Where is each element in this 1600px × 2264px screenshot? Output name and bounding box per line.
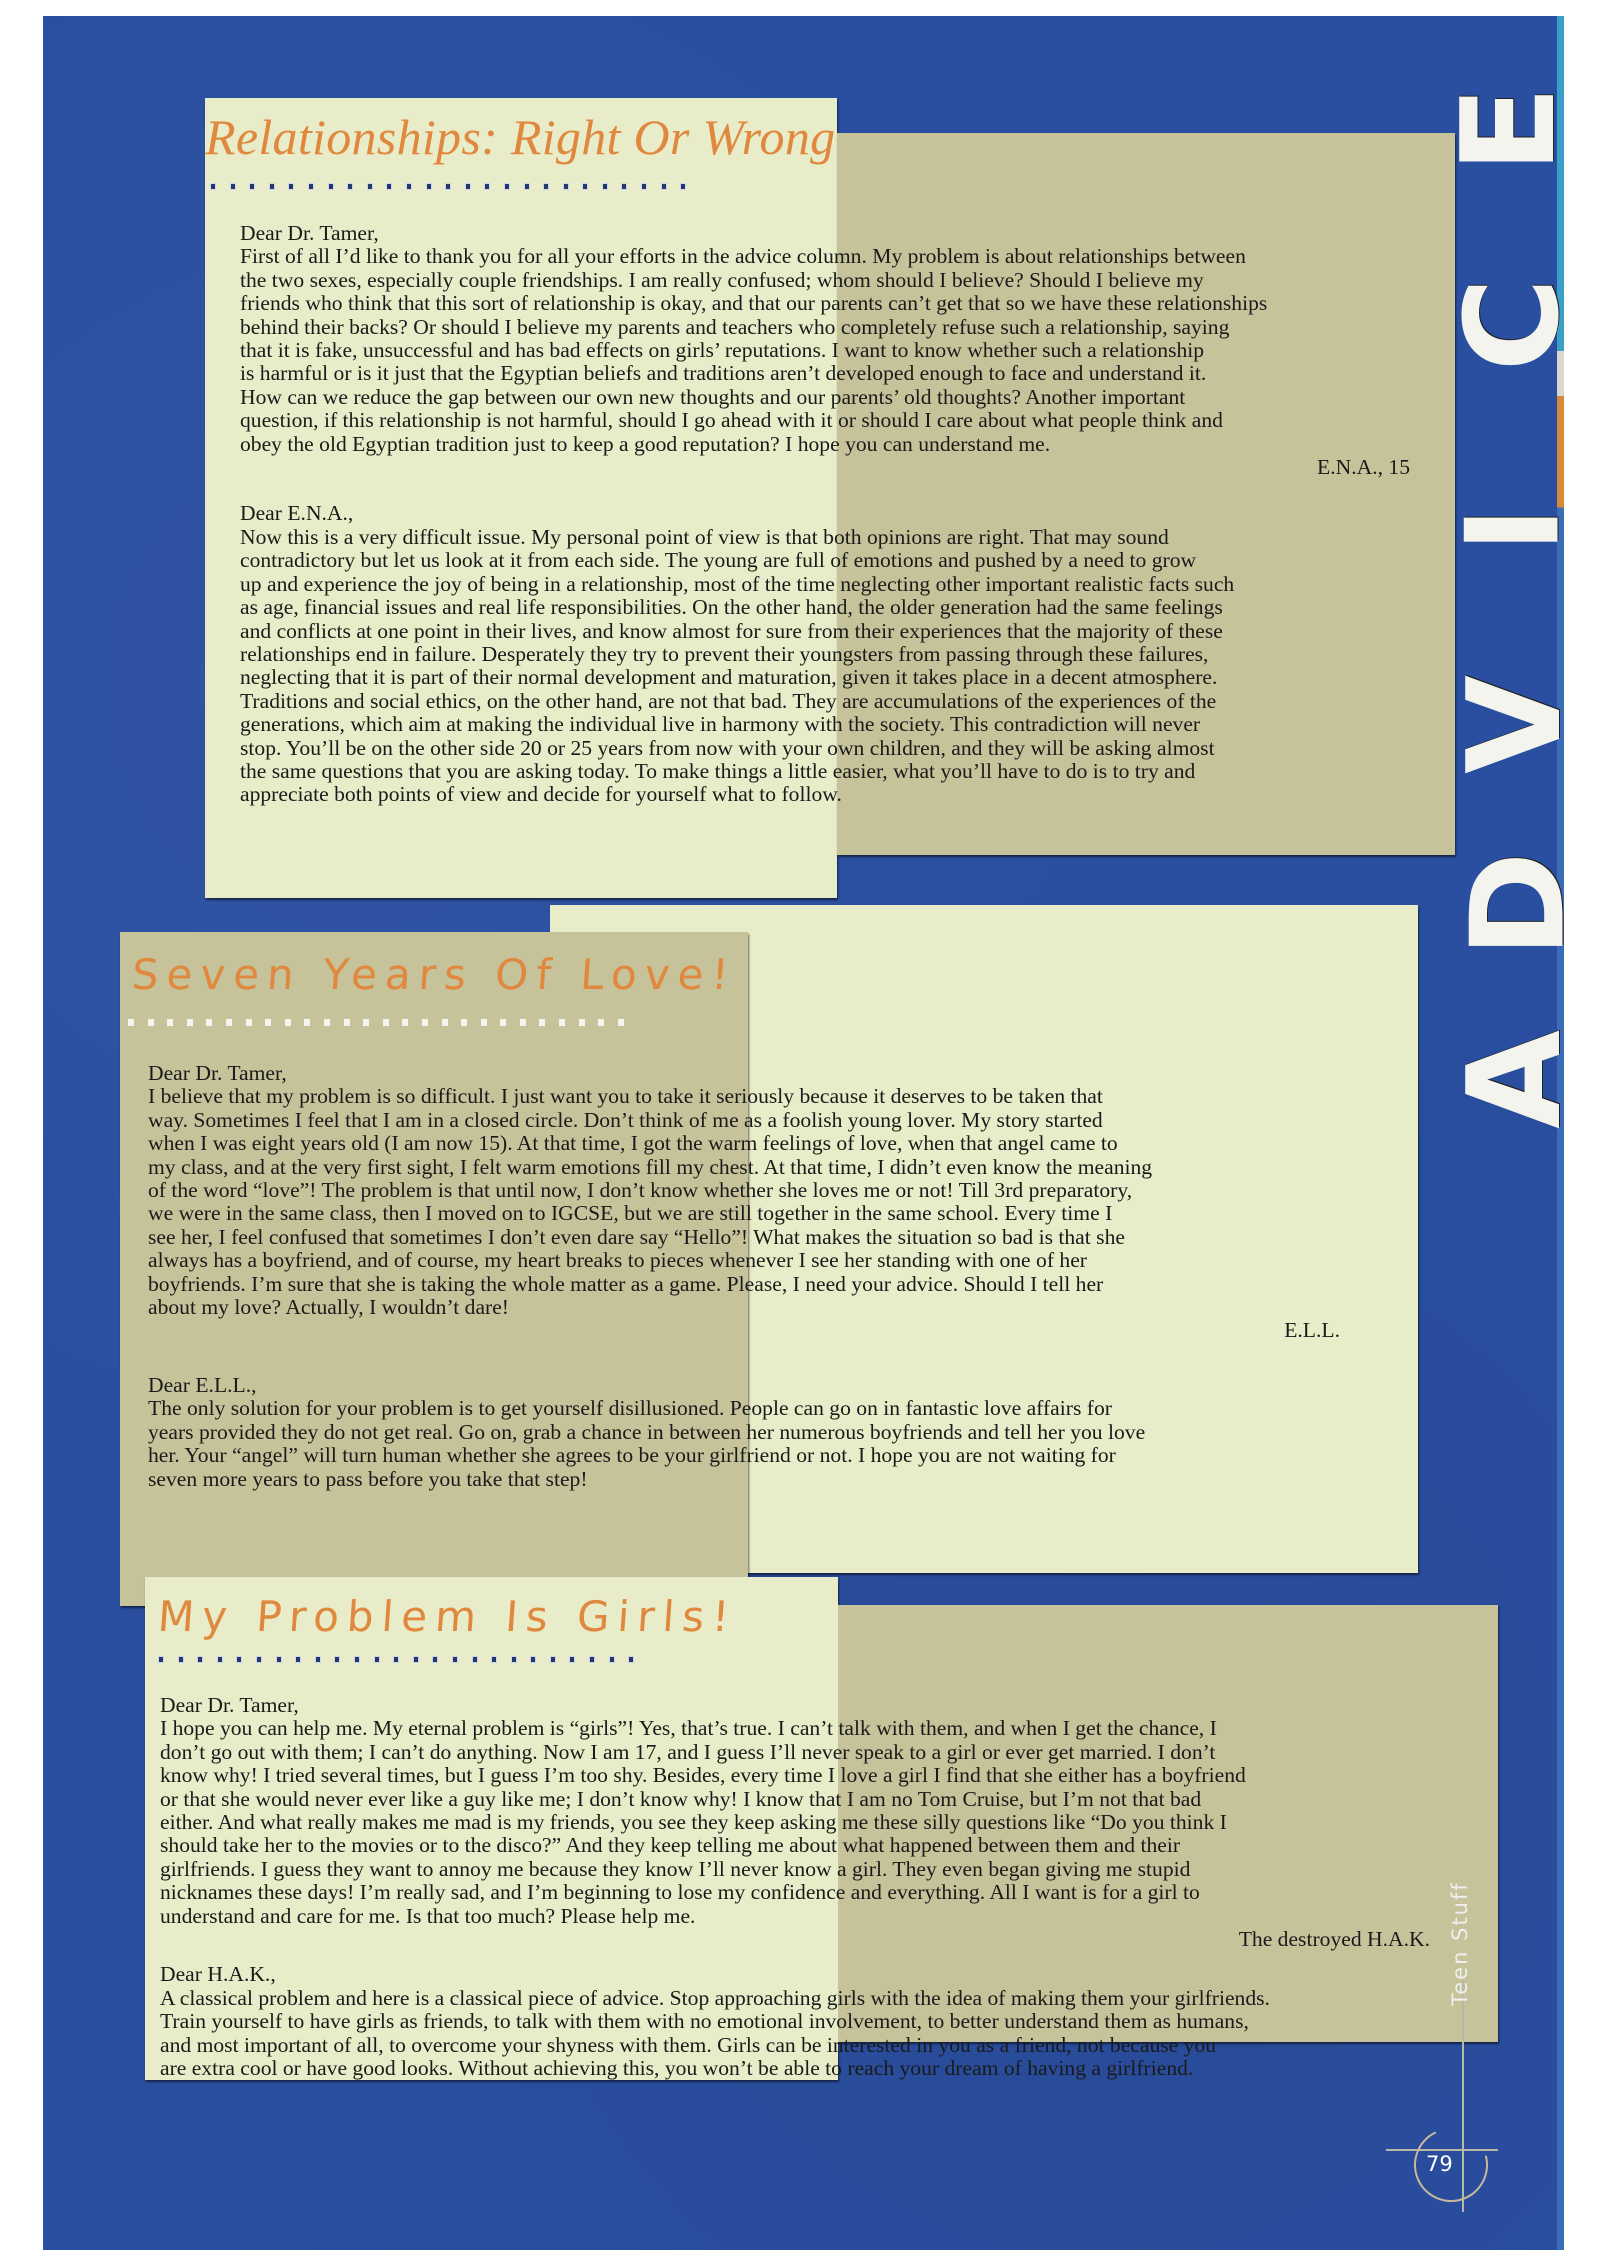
text-line: contradictory but let us look at it from…	[240, 549, 1410, 572]
letter-signature: E.L.L.	[148, 1319, 1340, 1342]
article-3-body: Dear Dr. Tamer, I hope you can help me. …	[160, 1694, 1430, 2081]
text-line: First of all I’d like to thank you for a…	[240, 245, 1410, 268]
text-line: The only solution for your problem is to…	[148, 1397, 1340, 1420]
letter-salutation: Dear Dr. Tamer,	[160, 1694, 1430, 1717]
advice-letter-i: I	[1439, 506, 1588, 554]
text-line: either. And what really makes me mad is …	[160, 1811, 1430, 1834]
magazine-section-label: Teen Stuff	[1448, 1881, 1472, 2006]
text-line: I believe that my problem is so difficul…	[148, 1085, 1340, 1108]
text-line: I hope you can help me. My eternal probl…	[160, 1717, 1430, 1740]
text-line: How can we reduce the gap between our ow…	[240, 386, 1410, 409]
text-line: boyfriends. I’m sure that she is taking …	[148, 1273, 1340, 1296]
advice-letter-v: V	[1441, 675, 1590, 774]
text-line: my class, and at the very first sight, I…	[148, 1156, 1340, 1179]
text-line: seven more years to pass before you take…	[148, 1468, 1340, 1491]
text-line: as age, financial issues and real life r…	[240, 596, 1410, 619]
advice-letter-d: D	[1445, 851, 1594, 957]
text-line: up and experience the joy of being in a …	[240, 573, 1410, 596]
text-line: Train yourself to have girls as friends,…	[160, 2010, 1430, 2033]
advice-letter-c: C	[1438, 278, 1587, 372]
text-line: and conflicts at one point in their live…	[240, 620, 1410, 643]
letter-salutation: Dear Dr. Tamer,	[240, 222, 1410, 245]
text-line: generations, which aim at making the ind…	[240, 713, 1410, 736]
text-line: Traditions and social ethics, on the oth…	[240, 690, 1410, 713]
text-line: relationships end in failure. Desperatel…	[240, 643, 1410, 666]
text-line: or that she would never ever like a guy …	[160, 1788, 1430, 1811]
advice-letter-a: A	[1441, 1030, 1590, 1129]
reply-body: A classical problem and here is a classi…	[160, 1987, 1430, 2081]
text-line: that it is fake, unsuccessful and has ba…	[240, 339, 1410, 362]
article-3-dotted-rule	[158, 1656, 648, 1664]
text-line: way. Sometimes I feel that I am in a clo…	[148, 1109, 1340, 1132]
letter-body: I hope you can help me. My eternal probl…	[160, 1717, 1430, 1928]
text-line: the same questions that you are asking t…	[240, 760, 1410, 783]
text-line: about my love? Actually, I wouldn’t dare…	[148, 1296, 1340, 1319]
text-line: when I was eight years old (I am now 15)…	[148, 1132, 1340, 1155]
article-2-dotted-rule	[128, 1019, 637, 1027]
letter-body: I believe that my problem is so difficul…	[148, 1085, 1340, 1319]
text-line: girlfriends. I guess they want to annoy …	[160, 1858, 1430, 1881]
reply-salutation: Dear E.N.A.,	[240, 502, 1410, 525]
reply-body: Now this is a very difficult issue. My p…	[240, 526, 1410, 807]
letter-salutation: Dear Dr. Tamer,	[148, 1062, 1340, 1085]
text-line: Now this is a very difficult issue. My p…	[240, 526, 1410, 549]
text-line: don’t go out with them; I can’t do anyth…	[160, 1741, 1430, 1764]
text-line: and most important of all, to overcome y…	[160, 2034, 1430, 2057]
text-line: see her, I feel confused that sometimes …	[148, 1226, 1340, 1249]
text-line: is harmful or is it just that the Egypti…	[240, 362, 1410, 385]
letter-body: First of all I’d like to thank you for a…	[240, 245, 1410, 456]
text-line: years provided they do not get real. Go …	[148, 1421, 1340, 1444]
article-1-title: Relationships: Right Or Wrong	[205, 108, 835, 166]
advice-letter-e: E	[1435, 86, 1584, 173]
text-line: should take her to the movies or to the …	[160, 1834, 1430, 1857]
text-line: stop. You’ll be on the other side 20 or …	[240, 737, 1410, 760]
text-line: of the word “love”! The problem is that …	[148, 1179, 1340, 1202]
article-2-title: Seven Years Of Love!	[130, 950, 738, 999]
page-number: 79	[1426, 2152, 1453, 2176]
reply-salutation: Dear E.L.L.,	[148, 1374, 1340, 1397]
article-2-body: Dear Dr. Tamer, I believe that my proble…	[148, 1062, 1340, 1491]
letter-signature: The destroyed H.A.K.	[160, 1928, 1430, 1951]
text-line: always has a boyfriend, and of course, m…	[148, 1249, 1340, 1272]
text-line: are extra cool or have good looks. Witho…	[160, 2057, 1430, 2080]
text-line: the two sexes, especially couple friends…	[240, 269, 1410, 292]
text-line: we were in the same class, then I moved …	[148, 1202, 1340, 1225]
reply-salutation: Dear H.A.K.,	[160, 1963, 1430, 1986]
text-line: friends who think that this sort of rela…	[240, 292, 1410, 315]
article-1-body: Dear Dr. Tamer, First of all I’d like to…	[240, 222, 1410, 807]
text-line: A classical problem and here is a classi…	[160, 1987, 1430, 2010]
text-line: neglecting that it is part of their norm…	[240, 666, 1410, 689]
article-1-dotted-rule	[210, 183, 700, 191]
text-line: understand and care for me. Is that too …	[160, 1905, 1430, 1928]
text-line: question, if this relationship is not ha…	[240, 409, 1410, 432]
text-line: behind their backs? Or should I believe …	[240, 316, 1410, 339]
text-line: know why! I tried several times, but I g…	[160, 1764, 1430, 1787]
reply-body: The only solution for your problem is to…	[148, 1397, 1340, 1491]
article-3-title: My Problem Is Girls!	[156, 1592, 738, 1641]
letter-signature: E.N.A., 15	[240, 456, 1410, 479]
text-line: obey the old Egyptian tradition just to …	[240, 433, 1410, 456]
text-line: appreciate both points of view and decid…	[240, 783, 1410, 806]
text-line: nicknames these days! I’m really sad, an…	[160, 1881, 1430, 1904]
text-line: her. Your “angel” will turn human whethe…	[148, 1444, 1340, 1467]
